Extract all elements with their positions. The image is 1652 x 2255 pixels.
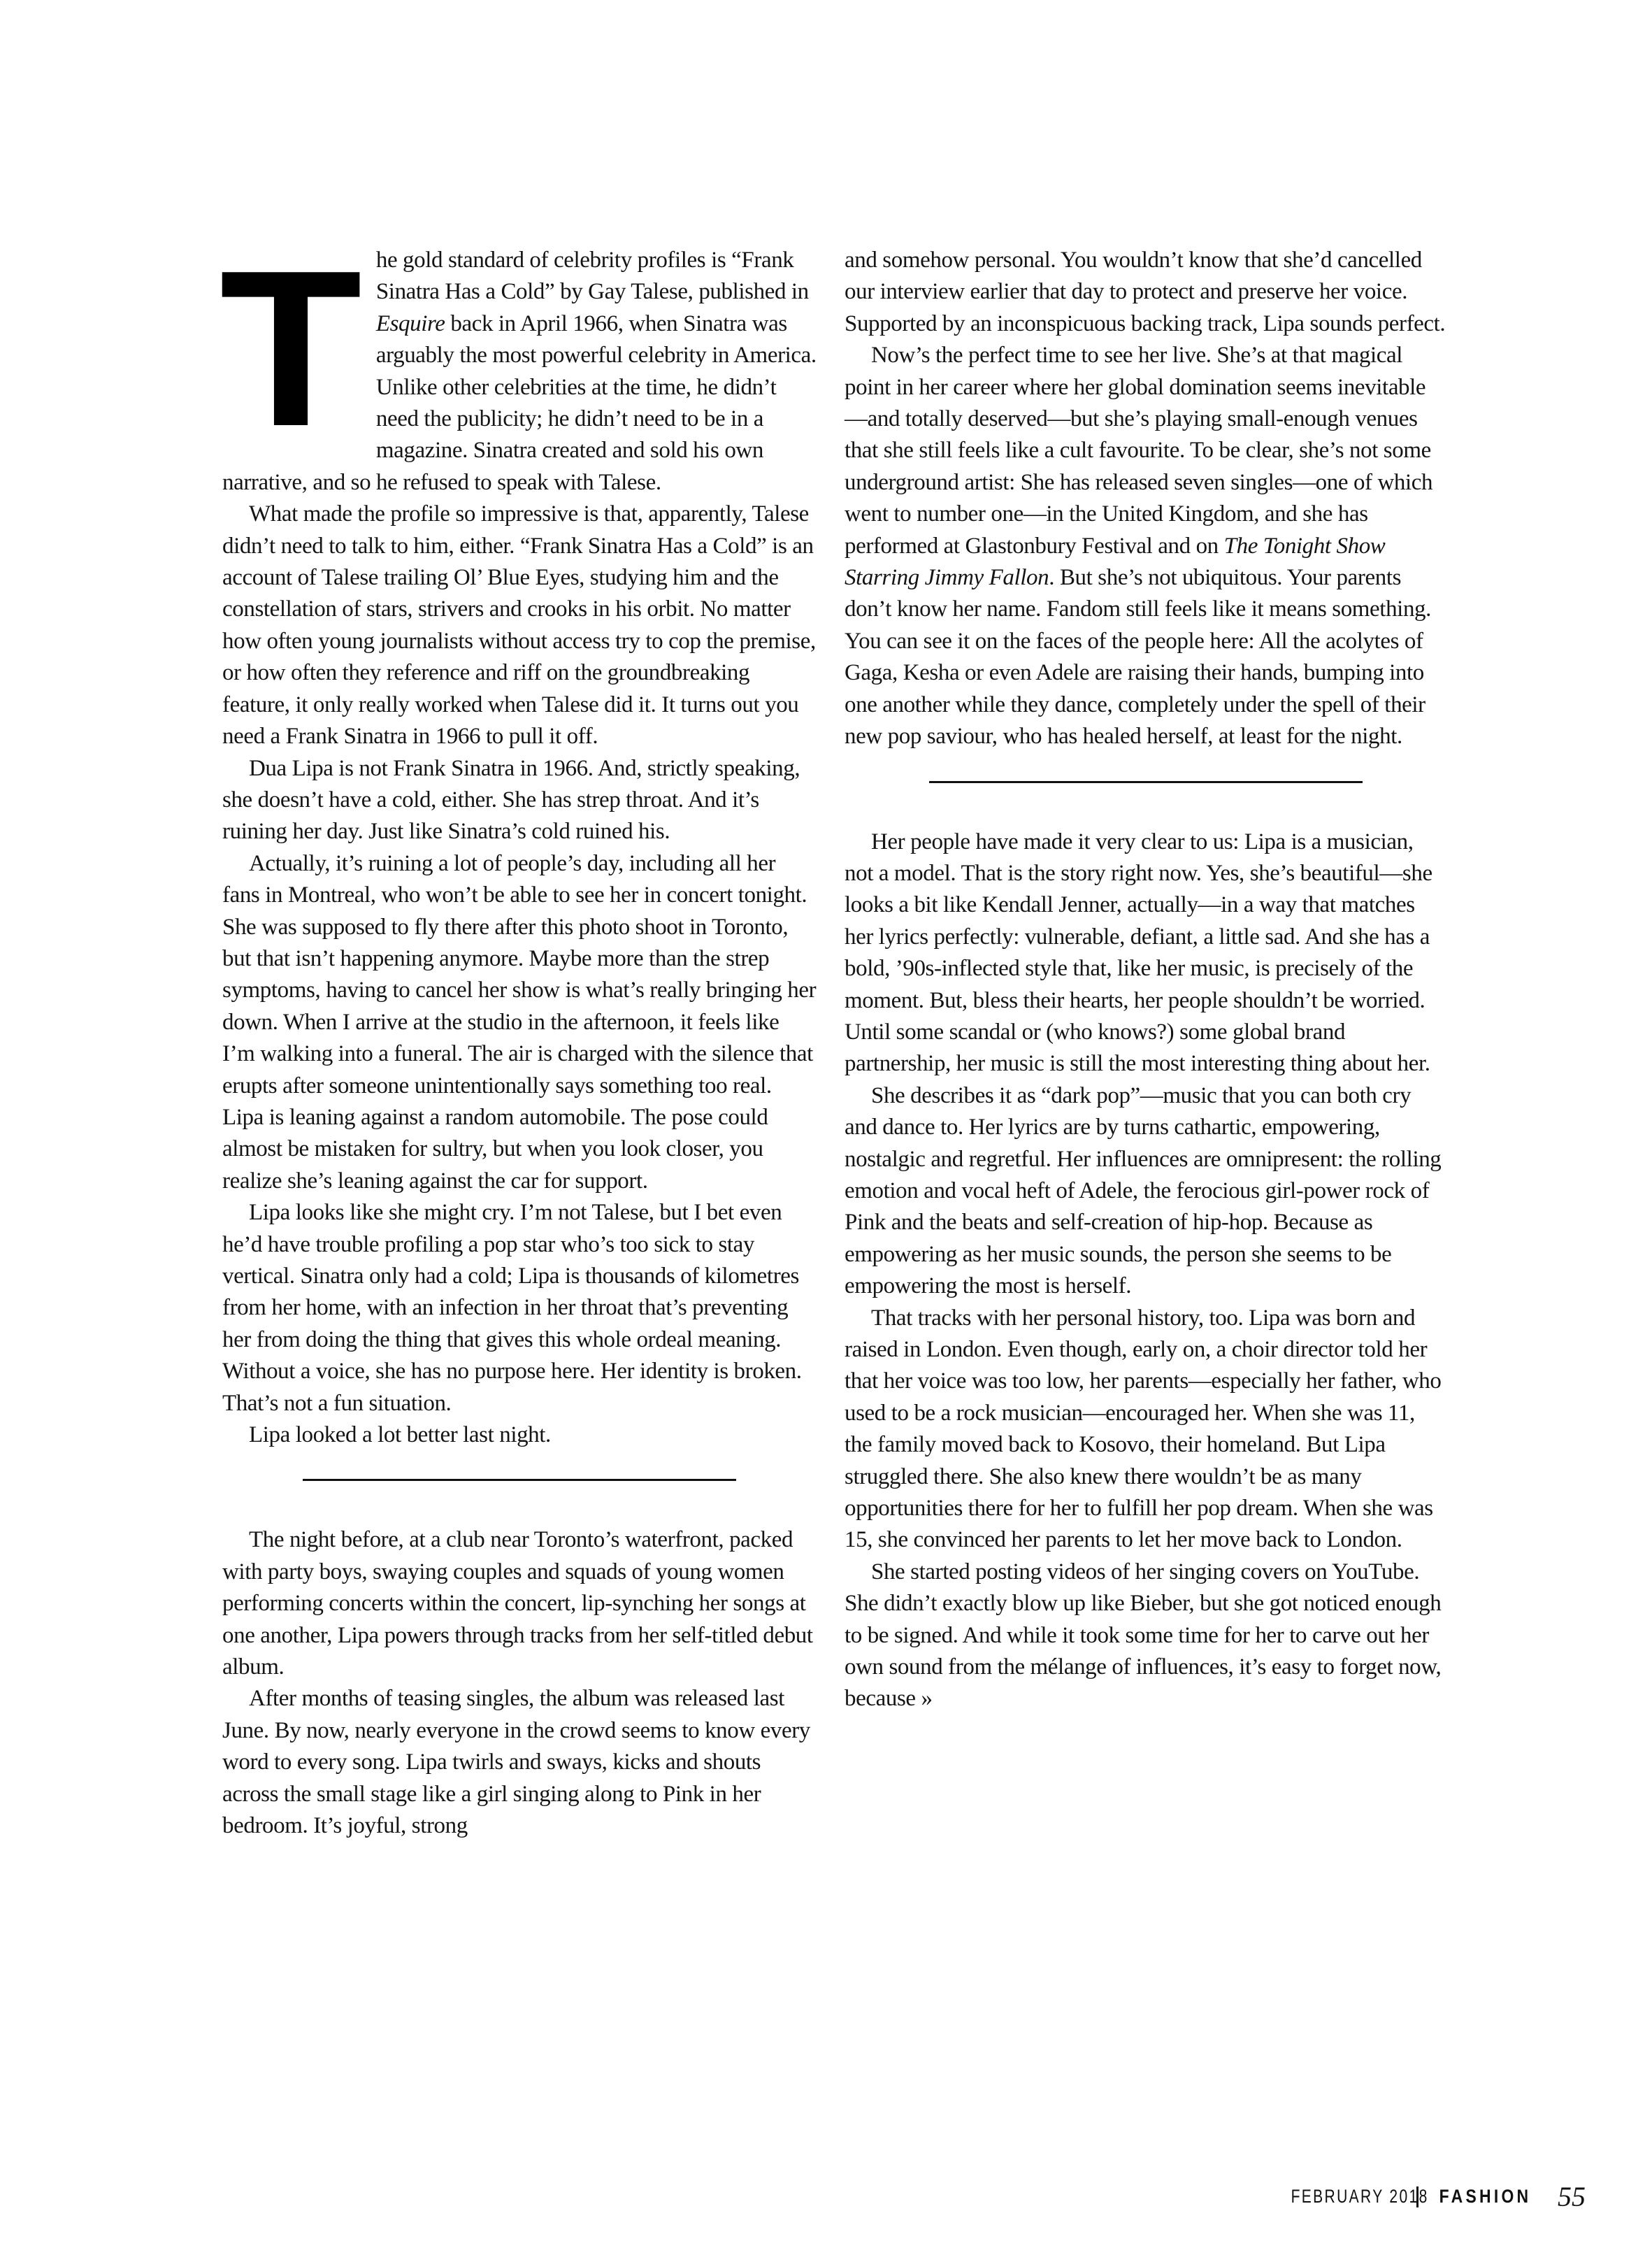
paragraph: Actually, it’s ruining a lot of people’s… bbox=[222, 848, 817, 1197]
paragraph: The night before, at a club near Toronto… bbox=[222, 1524, 817, 1683]
paragraph: That tracks with her personal history, t… bbox=[845, 1303, 1447, 1556]
paragraph: The gold standard of celebrity profiles … bbox=[222, 245, 817, 499]
paragraph: Her people have made it very clear to us… bbox=[845, 826, 1447, 1080]
paragraph: Lipa looked a lot better last night. bbox=[222, 1419, 817, 1451]
section-divider bbox=[929, 781, 1363, 783]
section-divider bbox=[303, 1479, 736, 1481]
paragraph: What made the profile so impressive is t… bbox=[222, 499, 817, 752]
paragraph: Now’s the perfect time to see her live. … bbox=[845, 340, 1447, 752]
paragraph: Lipa looks like she might cry. I’m not T… bbox=[222, 1197, 817, 1419]
paragraph: and somehow personal. You wouldn’t know … bbox=[845, 245, 1447, 340]
issue-date: FEBRUARY 2018 bbox=[1291, 2186, 1429, 2207]
article-column-left: The gold standard of celebrity profiles … bbox=[222, 245, 817, 1842]
section-name: FASHION bbox=[1439, 2186, 1532, 2207]
page-number: 55 bbox=[1558, 2180, 1586, 2213]
paragraph: After months of teasing singles, the alb… bbox=[222, 1683, 817, 1842]
drop-cap: T bbox=[220, 255, 362, 459]
paragraph: Dua Lipa is not Frank Sinatra in 1966. A… bbox=[222, 753, 817, 848]
page-footer: FEBRUARY 2018 FASHION 55 bbox=[1252, 2180, 1586, 2213]
publication-title: Esquire bbox=[376, 311, 445, 336]
paragraph: She started posting videos of her singin… bbox=[845, 1556, 1447, 1715]
article-column-right: and somehow personal. You wouldn’t know … bbox=[845, 245, 1447, 1715]
paragraph: She describes it as “dark pop”—music tha… bbox=[845, 1080, 1447, 1303]
